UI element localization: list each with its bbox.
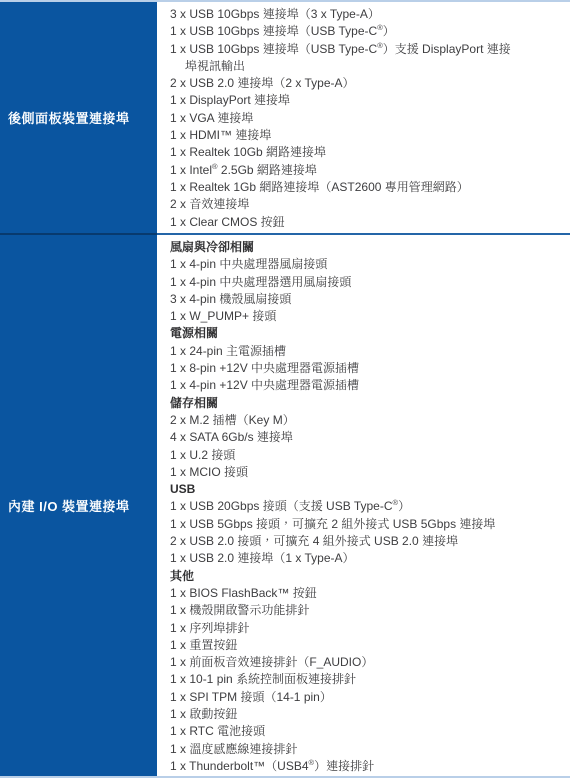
spec-line-item: 1 x 溫度感應線連接排針 <box>170 741 564 758</box>
spec-line-item: 1 x DisplayPort 連接埠 <box>170 92 564 109</box>
spec-line-item: 1 x HDMI™ 連接埠 <box>170 127 564 144</box>
spec-line-item: 1 x USB 10Gbps 連接埠（USB Type-C®）支援 Displa… <box>170 41 564 58</box>
spec-line-item: 1 x USB 2.0 連接埠（1 x Type-A） <box>170 550 564 567</box>
spec-line-item: 1 x Realtek 10Gb 網路連接埠 <box>170 144 564 161</box>
spec-section-heading: 其他 <box>170 568 564 585</box>
spec-line-item: 1 x Intel® 2.5Gb 網路連接埠 <box>170 162 564 179</box>
spec-line-item: 1 x 10-1 pin 系統控制面板連接排針 <box>170 671 564 688</box>
spec-line-item: 2 x USB 2.0 連接埠（2 x Type-A） <box>170 75 564 92</box>
spec-line-item: 1 x USB 5Gbps 接頭，可擴充 2 組外接式 USB 5Gbps 連接… <box>170 516 564 533</box>
spec-line-item: 1 x USB 10Gbps 連接埠（USB Type-C®） <box>170 23 564 40</box>
spec-line-item: 1 x 機殼開啟警示功能排針 <box>170 602 564 619</box>
spec-line-item: 3 x USB 10Gbps 連接埠（3 x Type-A） <box>170 6 564 23</box>
spec-line-item: 1 x U.2 接頭 <box>170 447 564 464</box>
spec-line-item: 1 x RTC 電池接頭 <box>170 723 564 740</box>
spec-line-item: 1 x BIOS FlashBack™ 按鈕 <box>170 585 564 602</box>
spec-line-item: 3 x 4-pin 機殼風扇接頭 <box>170 291 564 308</box>
spec-line-item: 1 x MCIO 接頭 <box>170 464 564 481</box>
spec-line-item: 1 x W_PUMP+ 接頭 <box>170 308 564 325</box>
spec-line-item: 1 x Clear CMOS 按鈕 <box>170 214 564 231</box>
spec-line-item: 1 x 4-pin +12V 中央處理器電源插槽 <box>170 377 564 394</box>
spec-line-continuation: 埠視訊輸出 <box>170 58 564 75</box>
spec-line-item: 1 x 4-pin 中央處理器風扇接頭 <box>170 256 564 273</box>
spec-line-item: 1 x 重置按鈕 <box>170 637 564 654</box>
spec-row-content: 3 x USB 10Gbps 連接埠（3 x Type-A）1 x USB 10… <box>157 2 570 233</box>
spec-section-heading: 風扇與冷卻相關 <box>170 239 564 256</box>
spec-section-heading: USB <box>170 481 564 498</box>
spec-line-item: 1 x 前面板音效連接排針（F_AUDIO） <box>170 654 564 671</box>
spec-line-item: 1 x SPI TPM 接頭（14-1 pin） <box>170 689 564 706</box>
spec-line-item: 1 x Realtek 1Gb 網路連接埠（AST2600 專用管理網路） <box>170 179 564 196</box>
spec-line-item: 1 x Thunderbolt™（USB4®）連接排針 <box>170 758 564 775</box>
spec-row-header: 後側面板裝置連接埠 <box>0 2 157 233</box>
spec-section-heading: 儲存相關 <box>170 395 564 412</box>
spec-section-heading: 電源相關 <box>170 325 564 342</box>
spec-line-item: 4 x SATA 6Gb/s 連接埠 <box>170 429 564 446</box>
spec-line-item: 1 x USB 20Gbps 接頭（支援 USB Type-C®） <box>170 498 564 515</box>
spec-line-item: 2 x 音效連接埠 <box>170 196 564 213</box>
spec-row: 後側面板裝置連接埠 3 x USB 10Gbps 連接埠（3 x Type-A）… <box>0 2 570 233</box>
spec-line-item: 1 x 24-pin 主電源插槽 <box>170 343 564 360</box>
spec-line-item: 2 x USB 2.0 接頭，可擴充 4 組外接式 USB 2.0 連接埠 <box>170 533 564 550</box>
spec-table: 後側面板裝置連接埠 3 x USB 10Gbps 連接埠（3 x Type-A）… <box>0 0 570 778</box>
spec-line-item: 1 x 8-pin +12V 中央處理器電源插槽 <box>170 360 564 377</box>
spec-row-header: 內建 I/O 裝置連接埠 <box>0 233 157 776</box>
spec-row-header-label: 後側面板裝置連接埠 <box>8 108 130 127</box>
spec-row: 內建 I/O 裝置連接埠 風扇與冷卻相關1 x 4-pin 中央處理器風扇接頭1… <box>0 233 570 776</box>
spec-row-content: 風扇與冷卻相關1 x 4-pin 中央處理器風扇接頭1 x 4-pin 中央處理… <box>157 233 570 776</box>
spec-line-item: 1 x VGA 連接埠 <box>170 110 564 127</box>
spec-line-item: 1 x 序列埠排針 <box>170 620 564 637</box>
spec-line-item: 1 x 啟動按鈕 <box>170 706 564 723</box>
spec-line-item: 2 x M.2 插槽（Key M） <box>170 412 564 429</box>
spec-line-item: 1 x 4-pin 中央處理器選用風扇接頭 <box>170 274 564 291</box>
spec-row-header-label: 內建 I/O 裝置連接埠 <box>8 496 130 515</box>
